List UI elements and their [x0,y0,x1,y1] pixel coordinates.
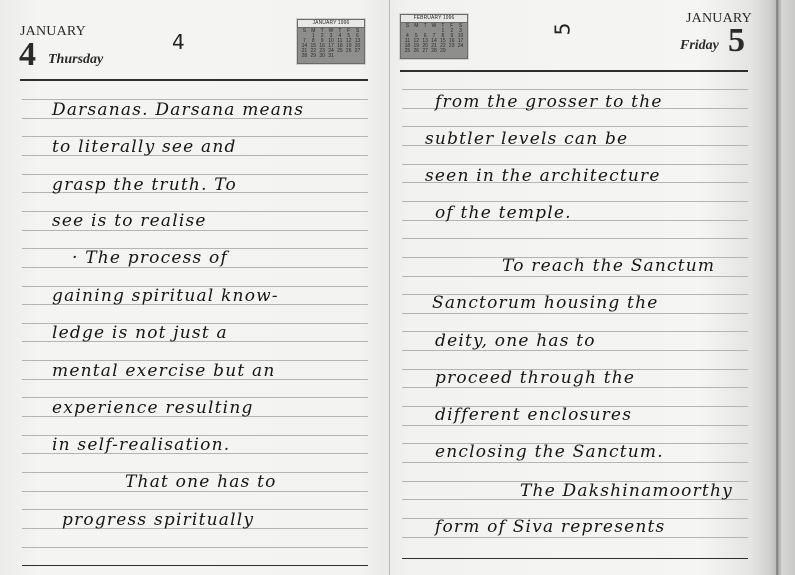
calendar-date: 30 [318,54,327,59]
weekday-label: Friday [680,38,719,54]
handwritten-line: see is to realise [52,211,207,231]
bottom-rule [402,558,748,559]
handwritten-line: That one has to [125,472,277,492]
handwritten-line: ledge is not just a [52,323,228,343]
handwritten-line: · The process of [72,248,228,268]
handwritten-line: different enclosures [435,405,632,425]
calendar-date: 28 [430,49,439,54]
handwritten-line: subtler levels can be [425,129,628,149]
mini-calendar-february: FEBRUARY 1996 SMTWTFS1234567891011121314… [400,14,468,59]
ruled-line [22,547,368,548]
handwritten-line: deity, one has to [435,331,596,351]
handwritten-line: of the temple. [435,203,572,223]
ruled-line [402,462,748,463]
ruled-line [402,164,748,165]
calendar-date: 25 [403,49,412,54]
handwritten-line: Sanctorum housing the [432,293,659,313]
handwritten-page-number: 4 [172,30,185,54]
mini-calendar-january: JANUARY 1996 SMTWTFS12345678910111213141… [297,19,365,64]
handwritten-line: proceed through the [435,368,635,388]
calendar-date [344,54,353,59]
day-number: 4 [19,38,36,72]
handwritten-line: Darsanas. Darsana means [52,100,304,120]
calendar-date [456,49,465,54]
calendar-date: 31 [327,54,336,59]
ruled-line [402,201,748,202]
calendar-date: 28 [300,54,309,59]
mini-calendar-grid: SMTWTFS123456789101112131415161718192021… [401,23,467,54]
page-edge [776,0,778,575]
header-rule [20,79,368,81]
handwritten-line: progress spiritually [62,510,254,530]
handwritten-page-number: 5 [550,23,574,36]
handwritten-line: mental exercise but an [52,361,275,381]
calendar-date: 26 [412,49,421,54]
mini-calendar-title: JANUARY 1996 [298,20,364,28]
calendar-date: 29 [309,54,318,59]
handwritten-line: To reach the Sanctum [502,256,715,276]
handwritten-line: The Dakshinamoorthy [520,481,733,501]
right-page: FEBRUARY 1996 SMTWTFS1234567891011121314… [390,0,776,575]
handwritten-line: grasp the truth. To [52,175,237,195]
calendar-date: 29 [438,49,447,54]
handwritten-line: in self-realisation. [52,435,230,455]
ruled-line [402,89,748,90]
calendar-date [353,54,362,59]
day-number: 5 [728,24,745,58]
left-page: JANUARY 4 Thursday 4 JANUARY 1996 SMTWTF… [0,0,389,575]
handwritten-line: form of Siva represents [435,517,665,537]
ruled-line [402,126,748,127]
ruled-line [402,238,748,239]
handwritten-line: gaining spiritual know- [52,286,279,306]
handwritten-line: experience resulting [52,398,254,418]
calendar-date [335,54,344,59]
handwritten-line: enclosing the Sanctum. [435,442,664,462]
mini-calendar-grid: SMTWTFS123456789101112131415161718192021… [298,28,364,59]
bottom-rule [22,565,368,566]
handwritten-line: to literally see and [52,137,237,157]
handwritten-line: seen in the architecture [425,166,661,186]
calendar-date [447,49,456,54]
weekday-label: Thursday [48,52,103,68]
calendar-date: 27 [421,49,430,54]
mini-calendar-title: FEBRUARY 1996 [401,15,467,23]
header-rule [400,70,748,72]
handwritten-line: from the grosser to the [435,92,663,112]
